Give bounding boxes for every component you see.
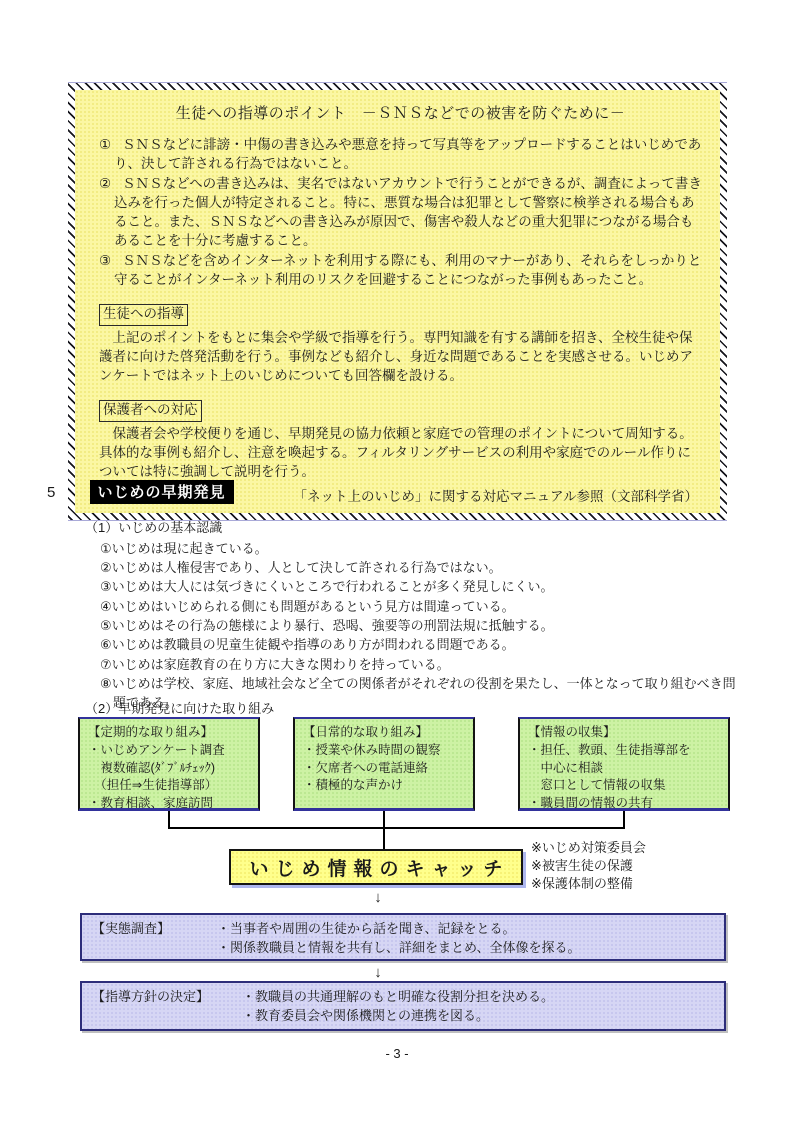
catch-info-box: いじめ情報のキャッチ [229, 849, 523, 885]
note-item: ※いじめ対策委員会 [531, 839, 646, 857]
early-detection-heading: （2）早期発見に向けた取り組み [85, 698, 274, 717]
section5-number: 5 [47, 484, 55, 501]
guidance-section-body-students: 上記のポイントをもとに集会や学級で指導を行う。専門知識を有する講師を招き、全校生… [99, 328, 702, 386]
box-line: ・欠席者への電話連絡 [303, 760, 465, 778]
guidance-box-inner: 生徒への指導のポイント －ＳＮＳなどでの被害を防ぐために－ ①ＳＮＳなどに誹謗・… [75, 90, 720, 513]
policy-decision-box: 【指導方針の決定】 ・教職員の共通理解のもと明確な役割分担を決める。 ・教育委員… [80, 981, 726, 1031]
box-line: 窓口として情報の収集 [528, 777, 720, 795]
connector-drop-center [383, 811, 385, 849]
flow-line: ・関係教職員と情報を共有し、詳細をまとめ、全体像を探る。 [217, 939, 714, 958]
box-line: ・積極的な声かけ [303, 777, 465, 795]
list-item: ⑥いじめは教職員の児童生徒観や指導のあり方が問われる問題である。 [100, 635, 745, 654]
note-item: ※保護体制の整備 [531, 875, 646, 893]
point-text: ＳＮＳなどを含めインターネットを利用する際にも、利用のマナーがあり、それらをしっ… [114, 253, 701, 287]
list-item: ④いじめはいじめられる側にも問題があるという見方は間違っている。 [100, 597, 745, 616]
guidance-title: 生徒への指導のポイント －ＳＮＳなどでの被害を防ぐために－ [99, 102, 702, 123]
connector-stub-right [623, 811, 625, 828]
box-line: 複数確認(ﾀﾞﾌﾞﾙﾁｪｯｸ) [88, 760, 250, 778]
connector-stub-left [168, 811, 170, 828]
list-item: ③いじめは大人には気づきにくいところで行われることが多く発見しにくい。 [100, 577, 745, 596]
flow-box-lines: ・教職員の共通理解のもと明確な役割分担を決める。 ・教育委員会や関係機関との連携… [242, 988, 714, 1024]
flow-box-label: 【指導方針の決定】 [92, 988, 242, 1024]
guidance-section-body-parents: 保護者会や学校便りを通じ、早期発見の協力依頼と家庭での管理のポイントについて周知… [99, 424, 702, 482]
point-marker: ③ [99, 253, 111, 268]
document-page: 生徒への指導のポイント －ＳＮＳなどでの被害を防ぐために－ ①ＳＮＳなどに誹謗・… [0, 0, 794, 1123]
daily-efforts-box: 【日常的な取り組み】 ・授業や休み時間の観察 ・欠席者への電話連絡 ・積極的な声… [293, 717, 475, 811]
list-item: ⑤いじめはその行為の態様により暴行、恐喝、強要等の刑罰法規に抵触する。 [100, 616, 745, 635]
flow-line: ・当事者や周囲の生徒から話を聞き、記録をとる。 [217, 920, 714, 939]
periodic-efforts-box: 【定期的な取り組み】 ・いじめアンケート調査 複数確認(ﾀﾞﾌﾞﾙﾁｪｯｸ) （… [78, 717, 260, 811]
early-detection-diagram: 【定期的な取り組み】 ・いじめアンケート調査 複数確認(ﾀﾞﾌﾞﾙﾁｪｯｸ) （… [78, 717, 738, 1047]
box-line: ・担任、教頭、生徒指導部を [528, 742, 720, 760]
guidance-section-label-parents: 保護者への対応 [99, 400, 202, 421]
section5-title-badge: いじめの早期発見 [90, 480, 234, 504]
information-gathering-box: 【情報の収集】 ・担任、教頭、生徒指導部を 中心に相談 窓口として情報の収集 ・… [518, 717, 730, 811]
flow-line: ・教育委員会や関係機関との連携を図る。 [242, 1007, 714, 1026]
point-marker: ① [99, 137, 111, 152]
point-text: ＳＮＳなどへの書き込みは、実名ではないアカウントで行うことができるが、調査によっ… [114, 176, 702, 249]
guidance-section-label-students: 生徒への指導 [99, 304, 188, 325]
connector-horizontal [168, 827, 625, 829]
section5-heading: 5 いじめの早期発見 [47, 480, 234, 504]
basic-recognition-heading: （1）いじめの基本認識 [85, 518, 745, 538]
box-title: 【日常的な取り組み】 [303, 724, 465, 742]
list-item: ①いじめは現に起きている。 [100, 539, 745, 558]
box-line: ・授業や休み時間の観察 [303, 742, 465, 760]
basic-recognition-section: （1）いじめの基本認識 ①いじめは現に起きている。 ②いじめは人権侵害であり、人… [85, 518, 745, 713]
point-marker: ② [99, 176, 111, 191]
side-notes: ※いじめ対策委員会 ※被害生徒の保護 ※保護体制の整備 [531, 839, 646, 893]
box-line: （担任⇒生徒指導部） [88, 777, 250, 795]
box-line: ・いじめアンケート調査 [88, 742, 250, 760]
down-arrow-icon: ↓ [366, 889, 390, 906]
list-item: ⑦いじめは家庭教育の在り方に大きな関わりを持っている。 [100, 655, 745, 674]
guidance-point-2: ②ＳＮＳなどへの書き込みは、実名ではないアカウントで行うことができるが、調査によ… [99, 174, 702, 251]
flow-box-lines: ・当事者や周囲の生徒から話を聞き、記録をとる。 ・関係教職員と情報を共有し、詳細… [217, 920, 714, 954]
box-title: 【定期的な取り組み】 [88, 724, 250, 742]
basic-recognition-list: ①いじめは現に起きている。 ②いじめは人権侵害であり、人として決して許される行為… [100, 539, 745, 713]
box-line: 中心に相談 [528, 760, 720, 778]
note-item: ※被害生徒の保護 [531, 857, 646, 875]
down-arrow-icon: ↓ [366, 964, 390, 981]
flow-line: ・教職員の共通理解のもと明確な役割分担を決める。 [242, 988, 714, 1007]
guidance-box: 生徒への指導のポイント －ＳＮＳなどでの被害を防ぐために－ ①ＳＮＳなどに誹謗・… [68, 82, 727, 521]
flow-box-label: 【実態調査】 [92, 920, 217, 954]
point-text: ＳＮＳなどに誹謗・中傷の書き込みや悪意を持って写真等をアップロードすることはいじ… [114, 137, 701, 171]
guidance-point-1: ①ＳＮＳなどに誹謗・中傷の書き込みや悪意を持って写真等をアップロードすることはい… [99, 135, 702, 174]
box-title: 【情報の収集】 [528, 724, 720, 742]
page-number: - 3 - [0, 1046, 794, 1061]
fact-finding-box: 【実態調査】 ・当事者や周囲の生徒から話を聞き、記録をとる。 ・関係教職員と情報… [80, 913, 726, 961]
guidance-point-3: ③ＳＮＳなどを含めインターネットを利用する際にも、利用のマナーがあり、それらをし… [99, 251, 702, 290]
list-item: ②いじめは人権侵害であり、人として決して許される行為ではない。 [100, 558, 745, 577]
